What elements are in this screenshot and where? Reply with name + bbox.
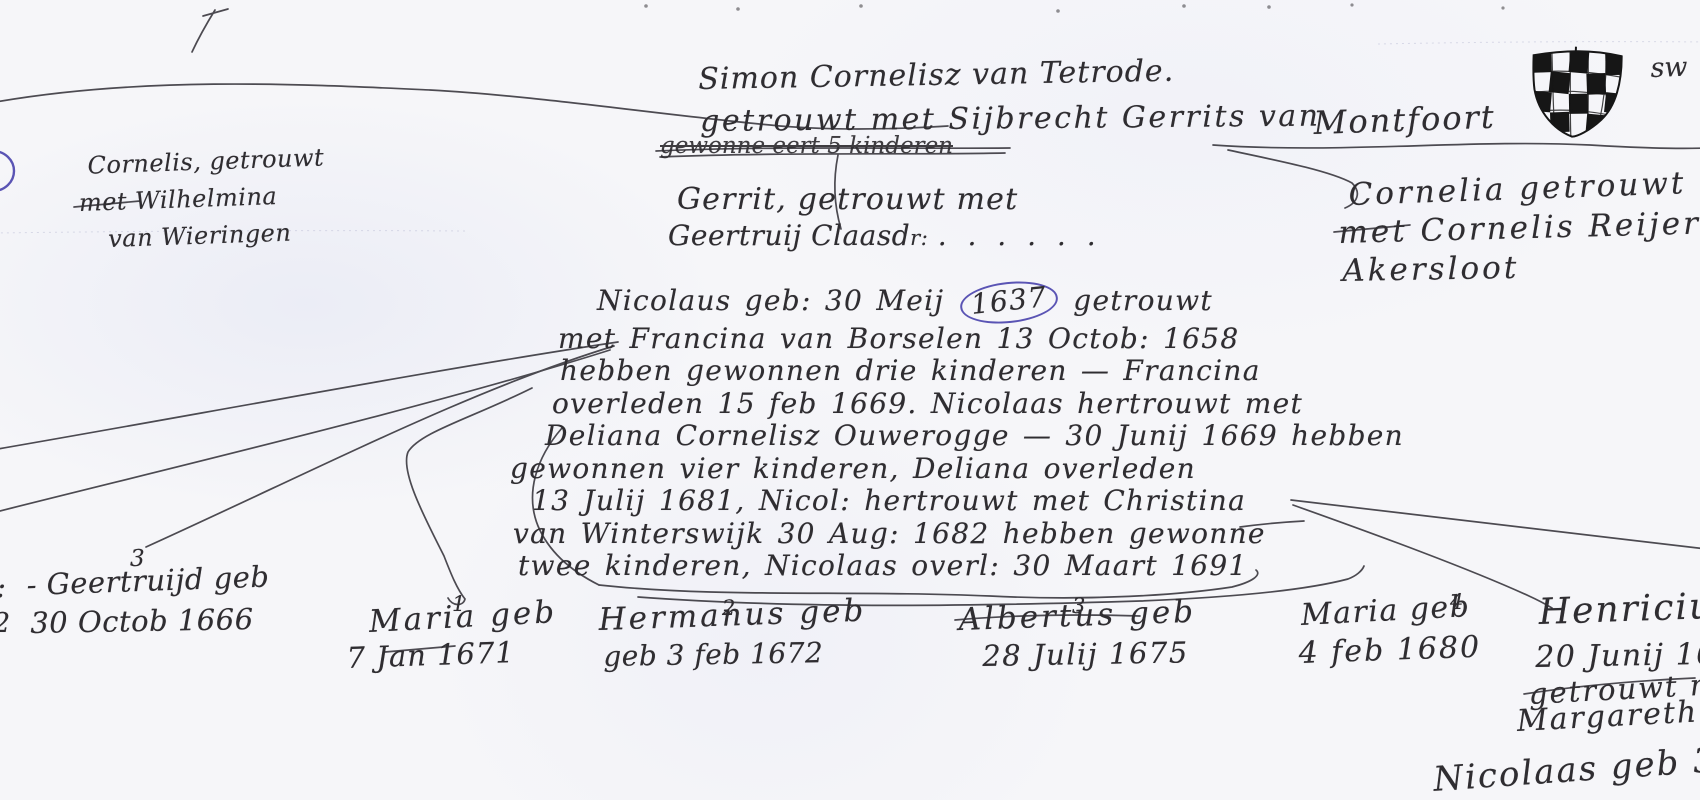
manuscript-page: Simon Cornelisz van Tetrode. getrouwt me…	[0, 0, 1700, 800]
child-3-date: 28 Julij 1675	[982, 635, 1189, 673]
entry-simon-montfoort: Montfoort	[1313, 98, 1496, 142]
faint-rule-right	[1378, 42, 1700, 44]
entry-henricus-line1: Henricius	[1538, 585, 1700, 633]
paragraph-line-9: twee kinderen, Nicolaas overl: 30 Maart …	[518, 550, 1404, 583]
child-1-date: 7 Jan 1671	[346, 635, 515, 675]
line1-pre: Nicolaus geb: 30 Meij	[597, 284, 944, 317]
paragraph-line-1: Nicolaus geb: 30 Meij 1637 getrouwt	[597, 282, 1404, 323]
paragraph-line-4: overleden 15 feb 1669. Nicolaas hertrouw…	[552, 388, 1404, 421]
edge-partial-top: l:	[0, 570, 6, 604]
entry-gerrit-line2: Geertruij Claasdr: . . . . . .	[668, 219, 1102, 252]
edge-partial-bottom: 2	[0, 608, 10, 639]
entry-cornelis: Cornelis, getrouwt met Wilhelmina van Wi…	[77, 139, 327, 259]
cornelis-line3: van Wieringen	[108, 213, 328, 258]
montfoort-underline	[1213, 144, 1700, 149]
blue-arc-annotation	[0, 151, 14, 191]
geertruijd-line2: 30 Octob 1666	[30, 602, 254, 640]
child-4-date: 4 feb 1680	[1298, 630, 1482, 671]
paragraph-line-5: Deliana Cornelisz Ouwerogge — 30 Junij 1…	[545, 420, 1404, 453]
geertruij-sup: r:	[910, 226, 928, 250]
paragraph-line-8: van Winterswijk 30 Aug: 1682 hebben gewo…	[513, 518, 1404, 551]
cornelia-swash	[1228, 150, 1357, 208]
paragraph-line-3: hebben gewonnen drie kinderen — Francina	[560, 355, 1404, 388]
trailing-dots: . . . . . .	[938, 219, 1102, 252]
circled-year-1637: 1637	[958, 277, 1060, 328]
shield-partial-word: sw	[1650, 52, 1688, 84]
checky-shield-icon	[1528, 45, 1626, 138]
entry-gerrit-line1: Gerrit, getrouwt met	[677, 182, 1018, 217]
edge-specks	[644, 3, 1504, 12]
crossed-out-line: gewonne eert 5 kinderen	[660, 133, 953, 159]
child-2-date: geb 3 feb 1672	[603, 636, 824, 673]
line1-post: getrouwt	[1073, 284, 1213, 317]
geertruij-name: Geertruij Claasd	[668, 219, 910, 252]
paragraph-line-6: gewonnen vier kinderen, Deliana overlede…	[510, 453, 1404, 486]
paragraph-line-7: 13 Julij 1681, Nicol: hertrouwt met Chri…	[532, 485, 1404, 518]
paragraph-line-2: met Francina van Borselen 13 Octob: 1658	[558, 323, 1404, 356]
nicolaus-paragraph: Nicolaus geb: 30 Meij 1637 getrouwt met …	[510, 282, 1404, 583]
